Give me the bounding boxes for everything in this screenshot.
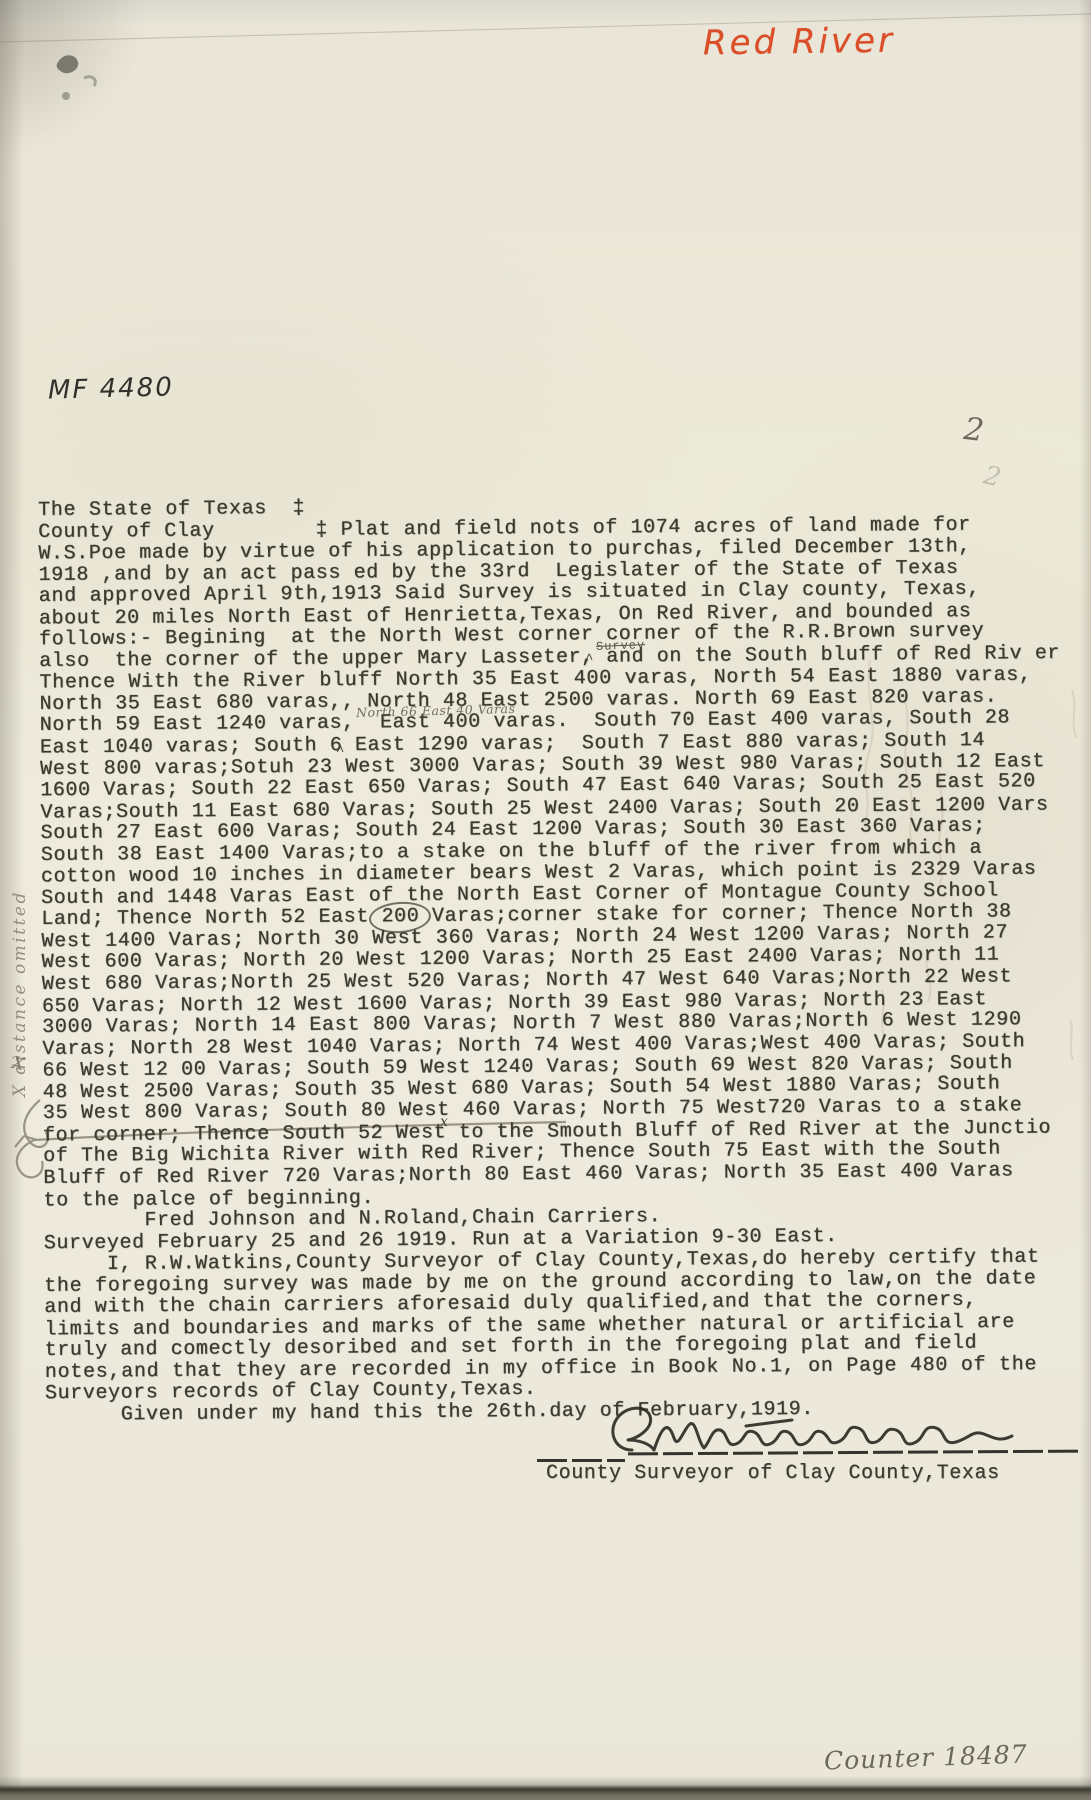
paper-right-edge [1079,0,1091,1800]
scanned-survey-document: Red River MF 4480 2 2 X distance omitted… [0,0,1091,1800]
paper-bottom-edge [0,1776,1091,1800]
red-river-annotation: Red River [703,21,896,64]
surveyor-signature: R W Watkins [596,1398,1046,1468]
signature-title: County Surveyor of Clay County,Texas [546,1462,1000,1485]
paper-top-edge [0,0,1091,26]
inserted-x-mark: x [440,1114,448,1130]
mf-number-annotation: MF 4480 [48,372,175,405]
page-number-mark: 2 [962,411,986,449]
typed-body: The State of Texas ‡County of Clay ‡ Pla… [38,492,1066,1427]
caret-mark: ^ [585,652,593,668]
counter-number-annotation: Counter 18487 [824,1739,1029,1775]
caret-mark: ^ [336,744,344,760]
interline-survey-note: Survey [596,638,646,654]
page-number-ghost-mark: 2 [981,460,1004,493]
